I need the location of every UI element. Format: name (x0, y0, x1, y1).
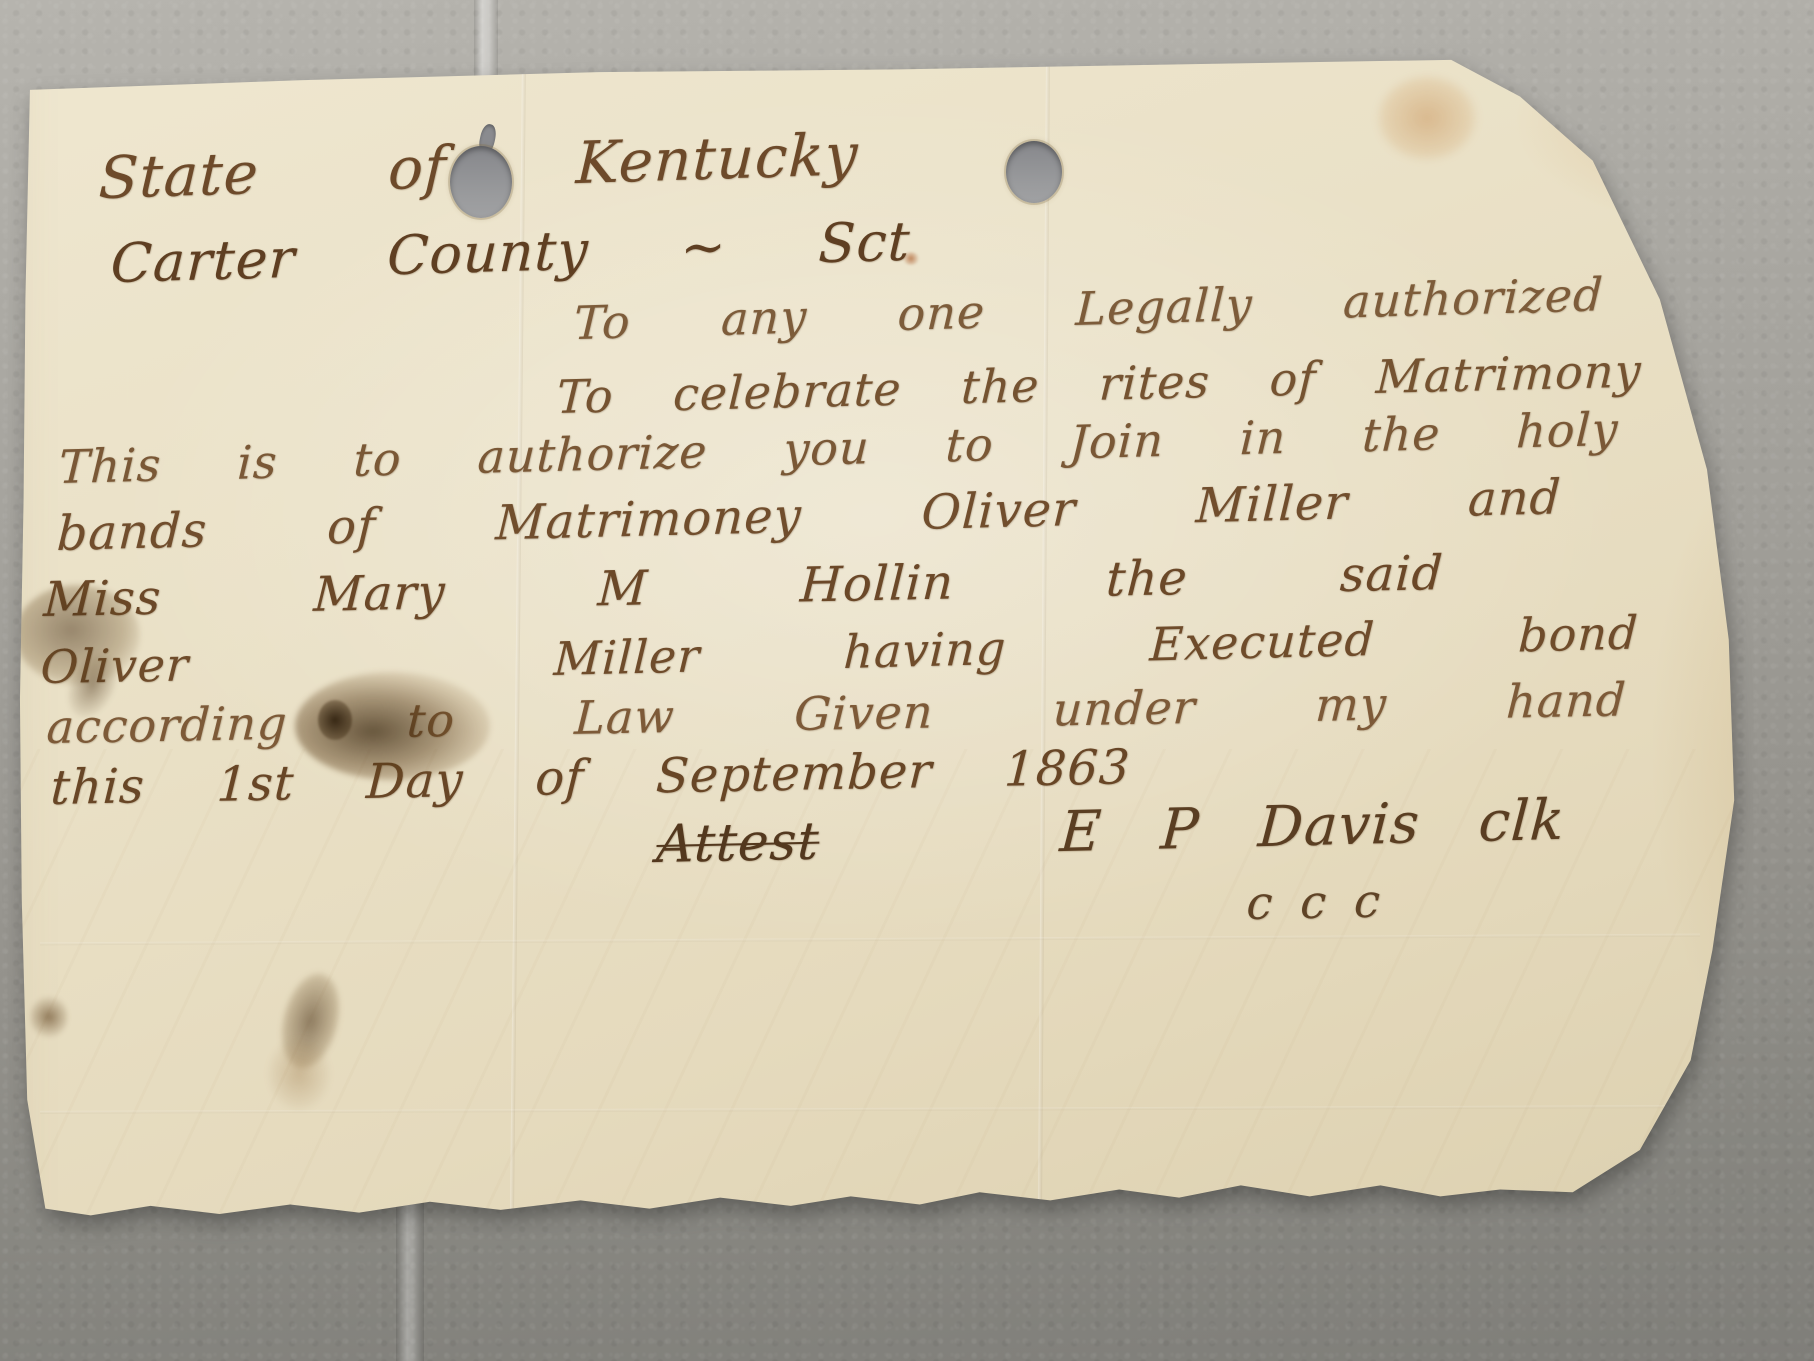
clerk-signature: E P Davis clk (1058, 790, 1567, 865)
body-line-5: according to Law Given under my hand (45, 674, 1627, 753)
attest-label: Attest (655, 811, 888, 874)
body-line-4-left: Oliver (39, 638, 272, 694)
rust-stain-top-right (1378, 76, 1476, 160)
body-line-6: this 1st Day of September 1863 (49, 741, 1132, 816)
stain-bottom-left (268, 1038, 330, 1110)
paper-shadow-wrap: State of Kentucky Carter County ~ Sct To… (0, 0, 1814, 1361)
ink-streak-bottom (272, 967, 349, 1075)
signature-note: ccc (1245, 875, 1448, 930)
photo-background: State of Kentucky Carter County ~ Sct To… (0, 0, 1814, 1361)
punch-hole-right (1006, 141, 1062, 203)
body-line-4-right: Miller having Executed bond (553, 607, 1640, 685)
county-line: Carter County ~ Sct (109, 212, 911, 295)
salutation-line-1: To any one Legally authorized (573, 269, 1605, 349)
ink-dot-left-edge (30, 995, 68, 1039)
fold-crease-horizontal-2 (40, 1105, 1680, 1114)
punch-hole-left (450, 146, 512, 218)
document-paper: State of Kentucky Carter County ~ Sct To… (0, 0, 1814, 1361)
fold-crease-horizontal (40, 934, 1700, 946)
